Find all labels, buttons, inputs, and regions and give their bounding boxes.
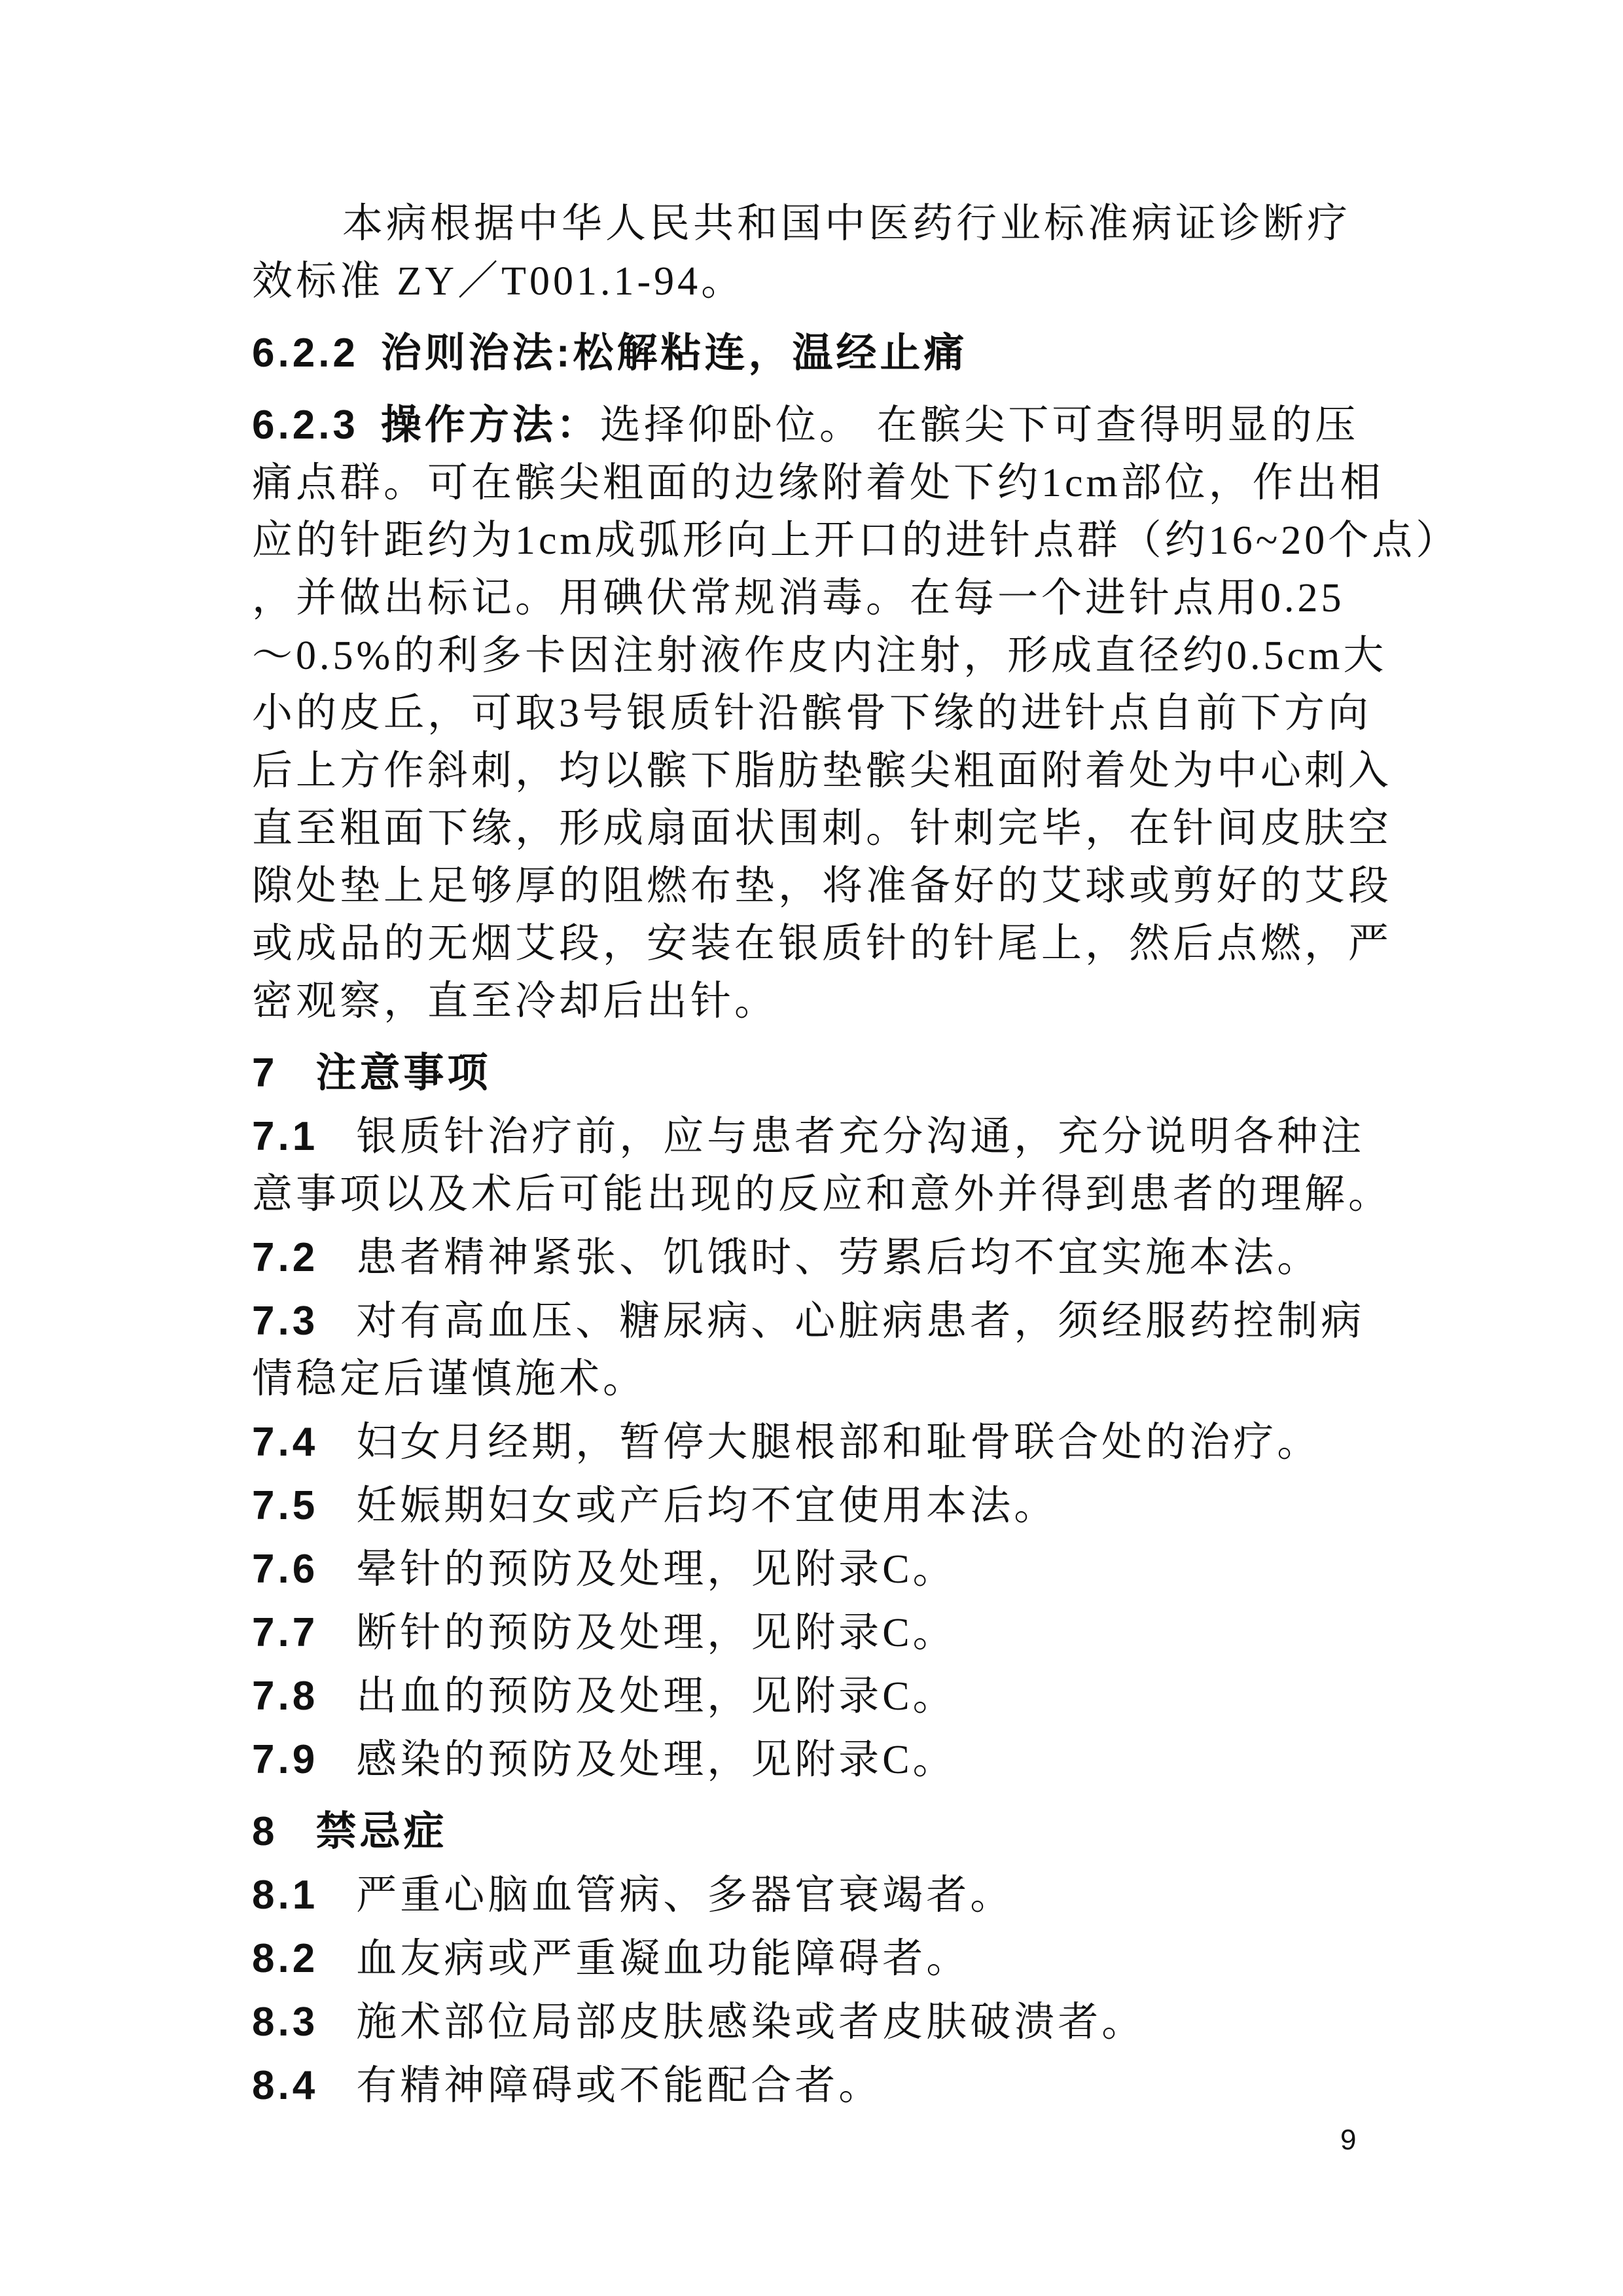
- clause-6-2-3-line-1: 6.2.3操作方法：选择仰卧位。 在髌尖下可查得明显的压: [252, 397, 1423, 454]
- clause-text: 妊娠期妇女或产后均不宜使用本法。: [356, 1484, 1058, 1528]
- clause-text: 小的皮丘，可取3号银质针沿髌骨下缘的进针点自前下方向: [252, 691, 1372, 736]
- clause-text: 后上方作斜刺，均以髌下脂肪垫髌尖粗面附着处为中心刺入: [252, 749, 1392, 793]
- clause-6-2-3-line-2: 痛点群。可在髌尖粗面的边缘附着处下约1cm部位，作出相: [252, 454, 1423, 512]
- clause-number: 7.9: [252, 1737, 318, 1782]
- intro-text-1: 本病根据中华人民共和国中医药行业标准病证诊断疗: [342, 202, 1351, 246]
- clause-6-2-3-line-9: 隙处垫上足够厚的阻燃布垫，将准备好的艾球或剪好的艾段: [252, 857, 1423, 915]
- section-number: 7: [252, 1050, 277, 1096]
- clause-number: 7.1: [252, 1114, 318, 1159]
- clause-text: 施术部位局部皮肤感染或者皮肤破溃者。: [356, 2000, 1145, 2045]
- clause-number: 7.7: [252, 1610, 318, 1655]
- clause-number: 7.4: [252, 1420, 318, 1465]
- clause-text: 出血的预防及处理，见附录C。: [356, 1674, 956, 1719]
- clause-8-1: 8.1严重心脑血管病、多器官衰竭者。: [252, 1867, 1423, 1924]
- clause-7-6: 7.6晕针的预防及处理，见附录C。: [252, 1541, 1423, 1598]
- clause-text: 有精神障碍或不能配合者。: [356, 2064, 882, 2108]
- clause-6-2-3-line-11: 密观察，直至冷却后出针。: [252, 973, 1423, 1030]
- clause-number: 6.2.3: [252, 403, 359, 448]
- clause-label: 操作方法：: [381, 403, 600, 448]
- clause-6-2-3-line-7: 后上方作斜刺，均以髌下脂肪垫髌尖粗面附着处为中心刺入: [252, 742, 1423, 800]
- clause-text: 直至粗面下缘，形成扇面状围刺。针刺完毕，在针间皮肤空: [252, 806, 1392, 851]
- clause-title: 治则治法:松解粘连，温经止痛: [381, 331, 968, 376]
- clause-number: 7.6: [252, 1547, 318, 1592]
- clause-number: 7.3: [252, 1299, 318, 1344]
- clause-number: 8.2: [252, 1936, 318, 1981]
- clause-text: 患者精神紧张、饥饿时、劳累后均不宜实施本法。: [356, 1236, 1321, 1280]
- clause-7-3-line-2: 情稳定后谨慎施术。: [252, 1350, 1423, 1408]
- clause-text: 应的针距约为1cm成弧形向上开口的进针点群（约16~20个点）: [252, 518, 1459, 563]
- clause-text: ，并做出标记。用碘伏常规消毒。在每一个进针点用0.25: [252, 576, 1345, 620]
- clause-6-2-3-line-3: 应的针距约为1cm成弧形向上开口的进针点群（约16~20个点）: [252, 512, 1423, 569]
- clause-text: 隙处垫上足够厚的阻燃布垫，将准备好的艾球或剪好的艾段: [252, 864, 1392, 908]
- clause-text: 密观察，直至冷却后出针。: [252, 979, 778, 1024]
- clause-text: 意事项以及术后可能出现的反应和意外并得到患者的理解。: [252, 1172, 1392, 1217]
- clause-number: 6.2.2: [252, 331, 359, 376]
- clause-8-2: 8.2血友病或严重凝血功能障碍者。: [252, 1930, 1423, 1988]
- clause-7-5: 7.5妊娠期妇女或产后均不宜使用本法。: [252, 1477, 1423, 1535]
- clause-6-2-3-line-6: 小的皮丘，可取3号银质针沿髌骨下缘的进针点自前下方向: [252, 685, 1423, 742]
- clause-text: 晕针的预防及处理，见附录C。: [356, 1547, 956, 1592]
- clause-7-1-line-1: 7.1银质针治疗前，应与患者充分沟通，充分说明各种注: [252, 1108, 1423, 1166]
- page-number: 9: [1340, 2121, 1356, 2160]
- clause-6-2-3-line-4: ，并做出标记。用碘伏常规消毒。在每一个进针点用0.25: [252, 569, 1423, 627]
- clause-number: 7.2: [252, 1235, 318, 1280]
- intro-text-2: 效标准 ZY／T001.1-94。: [252, 259, 745, 304]
- clause-7-7: 7.7断针的预防及处理，见附录C。: [252, 1604, 1423, 1662]
- clause-7-3-line-1: 7.3对有高血压、糖尿病、心脏病患者，须经服药控制病: [252, 1293, 1423, 1350]
- intro-paragraph-line-2: 效标准 ZY／T001.1-94。: [252, 253, 1423, 310]
- clause-8-3: 8.3施术部位局部皮肤感染或者皮肤破溃者。: [252, 1994, 1423, 2051]
- clause-number: 8.3: [252, 2000, 318, 2045]
- intro-paragraph-line-1: 本病根据中华人民共和国中医药行业标准病证诊断疗: [252, 195, 1423, 253]
- clause-number: 8.1: [252, 1873, 318, 1918]
- section-8-heading: 8禁忌症: [252, 1803, 1423, 1861]
- clause-7-1-line-2: 意事项以及术后可能出现的反应和意外并得到患者的理解。: [252, 1166, 1423, 1223]
- document-body: 本病根据中华人民共和国中医药行业标准病证诊断疗 效标准 ZY／T001.1-94…: [252, 195, 1423, 2115]
- clause-number: 7.8: [252, 1674, 318, 1719]
- clause-text: 或成品的无烟艾段，安装在银质针的针尾上，然后点燃，严: [252, 922, 1392, 966]
- clause-number: 7.5: [252, 1483, 318, 1528]
- document-page: 本病根据中华人民共和国中医药行业标准病证诊断疗 效标准 ZY／T001.1-94…: [0, 0, 1623, 2296]
- clause-text: 感染的预防及处理，见附录C。: [356, 1738, 956, 1782]
- section-title: 注意事项: [315, 1050, 491, 1096]
- clause-text: 严重心脑血管病、多器官衰竭者。: [356, 1873, 1014, 1918]
- clause-7-2: 7.2患者精神紧张、饥饿时、劳累后均不宜实施本法。: [252, 1229, 1423, 1287]
- section-number: 8: [252, 1809, 277, 1854]
- clause-text: 痛点群。可在髌尖粗面的边缘附着处下约1cm部位，作出相: [252, 461, 1384, 505]
- clause-text: 情稳定后谨慎施术。: [252, 1357, 647, 1401]
- clause-text: 血友病或严重凝血功能障碍者。: [356, 1937, 970, 1981]
- section-7-heading: 7注意事项: [252, 1045, 1423, 1102]
- clause-number: 8.4: [252, 2063, 318, 2108]
- clause-6-2-3-line-8: 直至粗面下缘，形成扇面状围刺。针刺完毕，在针间皮肤空: [252, 800, 1423, 857]
- clause-7-8: 7.8出血的预防及处理，见附录C。: [252, 1668, 1423, 1725]
- clause-7-4: 7.4妇女月经期，暂停大腿根部和耻骨联合处的治疗。: [252, 1414, 1423, 1471]
- clause-text: 选择仰卧位。 在髌尖下可查得明显的压: [600, 403, 1359, 448]
- clause-text: ～0.5%的利多卡因注射液作皮内注射，形成直径约0.5cm大: [252, 634, 1387, 678]
- clause-8-4: 8.4有精神障碍或不能配合者。: [252, 2057, 1423, 2115]
- clause-7-9: 7.9感染的预防及处理，见附录C。: [252, 1731, 1423, 1789]
- clause-text: 断针的预防及处理，见附录C。: [356, 1611, 956, 1655]
- section-title: 禁忌症: [315, 1809, 447, 1854]
- clause-6-2-2-heading: 6.2.2治则治法:松解粘连，温经止痛: [252, 325, 1423, 382]
- clause-6-2-3-line-5: ～0.5%的利多卡因注射液作皮内注射，形成直径约0.5cm大: [252, 627, 1423, 685]
- clause-6-2-3-line-10: 或成品的无烟艾段，安装在银质针的针尾上，然后点燃，严: [252, 915, 1423, 973]
- clause-text: 妇女月经期，暂停大腿根部和耻骨联合处的治疗。: [356, 1420, 1321, 1465]
- clause-text: 对有高血压、糖尿病、心脏病患者，须经服药控制病: [356, 1299, 1364, 1344]
- clause-text: 银质针治疗前，应与患者充分沟通，充分说明各种注: [356, 1115, 1364, 1159]
